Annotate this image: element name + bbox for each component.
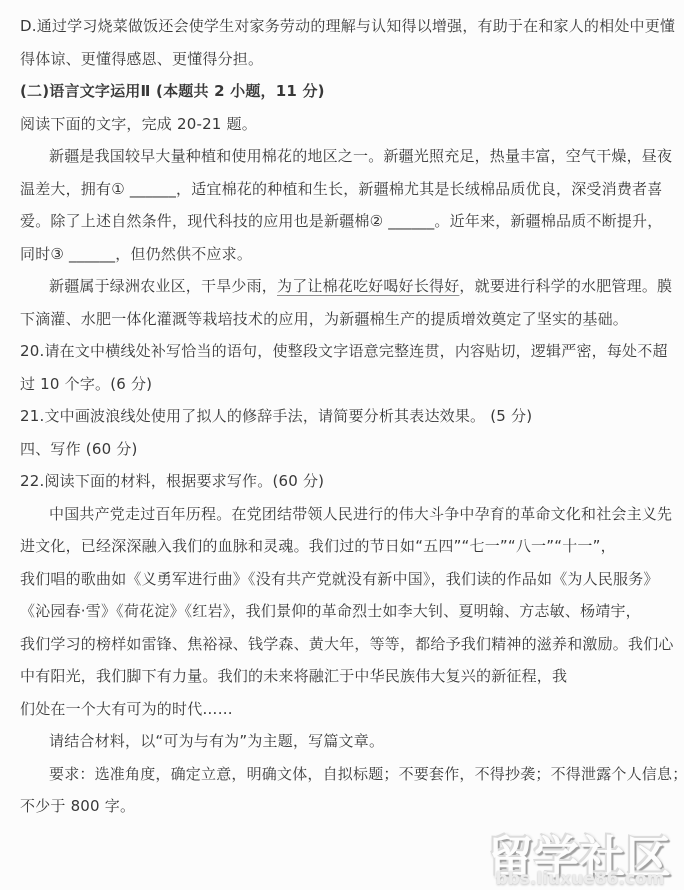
essay-material-line: 中国共产党走过百年历程。在党团结带领人民进行的伟大斗争中孕育的革命文化和社会主义… xyxy=(20,498,670,531)
requirement-line: 要求：选准角度，确定立意，明确文体，自拟标题；不要套作，不得抄袭；不得泄露个人信… xyxy=(20,758,670,791)
passage1-line: 爱。除了上述自然条件，现代科技的应用也是新疆棉② ______。近年来，新疆棉品… xyxy=(20,205,670,238)
passage2-wavy-underlined-phrase: 为了让棉花吃好喝好长得好 xyxy=(277,277,459,295)
essay-material-line: 《沁园春·雪》《荷花淀》《红岩》，我们景仰的革命烈士如李大钊、夏明翰、方志敏、杨… xyxy=(20,595,670,628)
essay-material-line: 中有阳光，我们脚下有力量。我们的未来将融汇于中华民族伟大复兴的新征程，我 xyxy=(20,660,670,693)
passage1-line: 同时③ ______，但仍然供不应求。 xyxy=(20,238,670,271)
passage2-line: 新疆属于绿洲农业区，干旱少雨，为了让棉花吃好喝好长得好，就要进行科学的水肥管理。… xyxy=(20,270,670,303)
essay-material-line: 我们学习的榜样如雷锋、焦裕禄、钱学森、黄大年，等等，都给予我们精神的滋养和激励。… xyxy=(20,628,670,661)
question-21-line: 21.文中画波浪线处使用了拟人的修辞手法，请简要分析其表达效果。 (5 分) xyxy=(20,400,670,433)
option-d-line: 得体谅、更懂得感恩、更懂得分担。 xyxy=(20,43,670,76)
watermark: 留学社区 bbs.liuxue86.com xyxy=(488,835,672,888)
exam-page: D.通过学习烧菜做饭还会使学生对家务劳动的理解与认知得以增强，有助于在和家人的相… xyxy=(20,10,670,823)
passage2-line: 下滴灌、水肥一体化灌溉等栽培技术的应用，为新疆棉生产的提质增效奠定了坚实的基础。 xyxy=(20,303,670,336)
question-20-line: 过 10 个字。(6 分) xyxy=(20,368,670,401)
option-d-line: D.通过学习烧菜做饭还会使学生对家务劳动的理解与认知得以增强，有助于在和家人的相… xyxy=(20,10,670,43)
passage1-line: 温差大，拥有① ______，适宜棉花的种植和生长，新疆棉尤其是长绒棉品质优良，… xyxy=(20,173,670,206)
essay-theme-line: 请结合材料，以“可为与有为”为主题，写篇文章。 xyxy=(20,725,670,758)
question-22-line: 22.阅读下面的材料，根据要求写作。(60 分) xyxy=(20,465,670,498)
passage1-line: 新疆是我国较早大量种植和使用棉花的地区之一。新疆光照充足，热量丰富，空气干燥，昼… xyxy=(20,140,670,173)
watermark-logo-text: 留学社区 xyxy=(488,835,672,880)
section-2-heading: (二)语言文字运用Ⅱ (本题共 2 小题，11 分) xyxy=(20,75,670,108)
passage2-text: ，就要进行科学的水肥管理。膜 xyxy=(459,277,672,295)
requirement-line: 不少于 800 字。 xyxy=(20,790,670,823)
essay-material-line: 们处在一个大有可为的时代…… xyxy=(20,693,670,726)
section-4-heading: 四、写作 (60 分) xyxy=(20,433,670,466)
reading-instruction: 阅读下面的文字，完成 20-21 题。 xyxy=(20,108,670,141)
essay-material-line: 进文化，已经深深融入我们的血脉和灵魂。我们过的节日如“五四”“七一”“八一”“十… xyxy=(20,530,670,563)
passage2-text: 新疆属于绿洲农业区，干旱少雨， xyxy=(49,277,277,295)
watermark-site-url: bbs.liuxue86.com xyxy=(488,871,672,888)
essay-material-line: 我们唱的歌曲如《义勇军进行曲》《没有共产党就没有新中国》，我们读的作品如《为人民… xyxy=(20,563,670,596)
question-20-line: 20.请在文中横线处补写恰当的语句，使整段文字语意完整连贯，内容贴切，逻辑严密，… xyxy=(20,335,670,368)
